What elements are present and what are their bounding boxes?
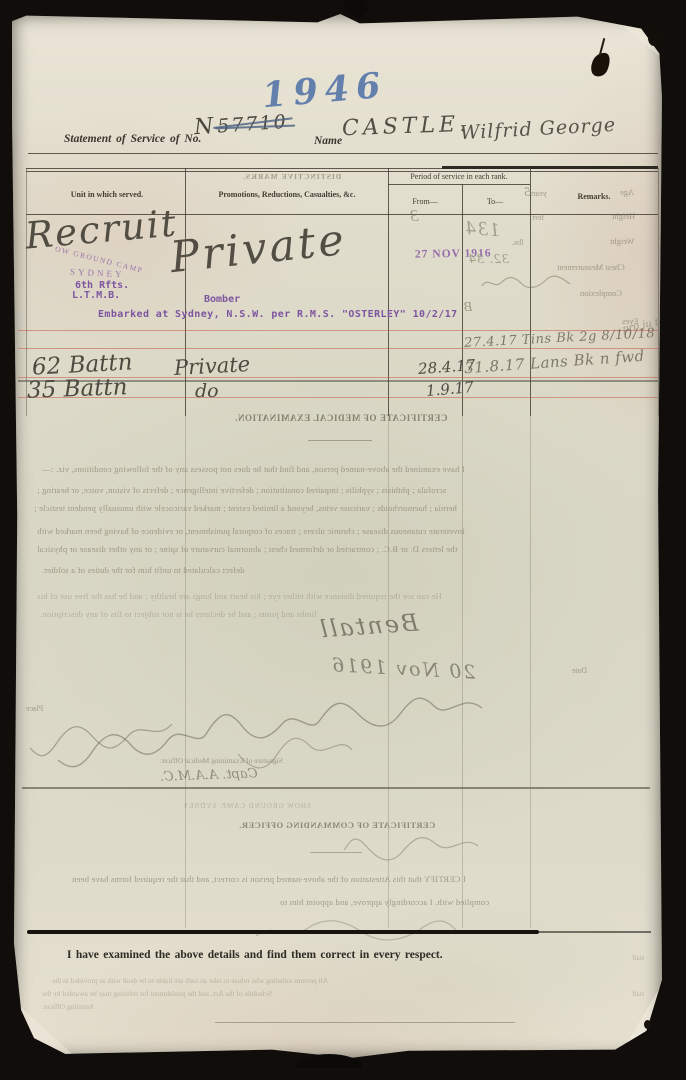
surname-handwritten: CASTLE. xyxy=(342,112,471,141)
showthrough-medical-line-8: limbs and joints ; and he declares he is… xyxy=(40,609,317,619)
column-header-to: To— xyxy=(464,197,526,206)
showthrough-chest-label: Chest Measurement xyxy=(557,262,625,272)
showthrough-num-chest: 32. 34 xyxy=(468,252,509,268)
entry-unit-typed-ltmb: L.T.M.B. xyxy=(72,290,120,301)
showthrough-emo-signature-tail xyxy=(26,714,176,759)
showthrough-footnote-3: Attesting Officer. xyxy=(42,1002,94,1011)
showthrough-num-3: 3 xyxy=(410,206,419,226)
table-border-right xyxy=(658,168,659,416)
service-number-struck: N 57710 xyxy=(193,109,288,140)
showthrough-medical-title: CERTIFICATE OF MEDICAL EXAMINATION. xyxy=(26,413,656,423)
showthrough-medical-line-5: the letters D. or B.C. ; contracted or d… xyxy=(37,544,457,554)
column-header-unit: Unit in which served. xyxy=(32,190,182,199)
table-col-line-3 xyxy=(530,168,531,416)
showthrough-signature-medical: Bentall xyxy=(317,609,419,644)
showthrough-co-title: CERTIFICATE OF COMMANDING OFFICER. xyxy=(22,820,652,830)
showthrough-medical-line-4: inveterate cutaneous disease ; chronic u… xyxy=(37,526,465,536)
showthrough-medical-line-1: I have examined the above-named person, … xyxy=(42,464,465,474)
margin-word-top: staff xyxy=(632,954,644,962)
ink-blot-right-edge xyxy=(648,28,661,46)
entry-promotion-bomber: Bomber xyxy=(204,294,240,305)
showthrough-weight-units: lbs. xyxy=(512,238,523,247)
entry-unit-recruit: Recruit xyxy=(23,201,179,257)
showthrough-co-scribble xyxy=(342,832,482,862)
showthrough-num-5: 5 xyxy=(524,184,531,200)
given-names-handwritten: Wilfrid George xyxy=(460,114,617,144)
showthrough-eyes-label: Eyes xyxy=(622,316,639,326)
showthrough-camp-footer: SHOW GROUND CAMP, SYDNEY xyxy=(182,802,311,810)
entry-rank-do: do xyxy=(195,380,219,402)
showthrough-complexion-label: Complexion xyxy=(580,288,622,298)
entry-unit-35-battn: 35 Battn xyxy=(27,374,128,403)
name-label: Name xyxy=(314,135,342,147)
showthrough-place-label: Place xyxy=(26,704,43,713)
period-box-rule xyxy=(388,184,530,185)
footer-heavy-rule-extension xyxy=(539,931,651,933)
table-col-line-3-faint xyxy=(530,416,531,928)
table-top-heavy-segment xyxy=(442,166,658,169)
embarked-note: Embarked at Sydney, N.S.W. per R.M.S. "O… xyxy=(98,309,458,320)
service-number-prefix: N xyxy=(193,114,214,140)
camp-stamp-line2: SYDNEY xyxy=(70,267,125,280)
column-header-remarks: Remarks. xyxy=(534,192,654,201)
entry-rank-private-2: Private xyxy=(173,352,250,380)
showthrough-co-line-2: complied with. I accordingly approve, an… xyxy=(280,897,489,907)
showthrough-age-label: Age xyxy=(620,187,634,197)
showthrough-date-label: Date xyxy=(572,666,587,675)
statement-label: Statement of Service of No. xyxy=(64,133,201,145)
examined-statement: I have examined the above details and fi… xyxy=(67,949,443,961)
section-divider-rule xyxy=(22,787,650,789)
showthrough-co-line-1: I CERTIFY that this Attestation of the a… xyxy=(72,874,466,884)
showthrough-height-label: Height xyxy=(612,211,635,221)
showthrough-age-units: years xyxy=(530,189,547,198)
column-header-from: From— xyxy=(392,197,458,206)
showthrough-date-value: 20 Nov 1916 xyxy=(330,654,476,684)
showthrough-footnote-1: All persons enlisting who refuse to take… xyxy=(52,976,328,985)
showthrough-medical-line-7: He can see the required distance with ei… xyxy=(37,591,442,601)
showthrough-footnote-2: Schedule of the Act, and the punishment … xyxy=(42,989,272,998)
showthrough-num-b: B xyxy=(464,300,473,316)
showthrough-emo-caption: Signature of Examining Medical Officer. xyxy=(160,756,283,765)
paper-sheet: 1946 Statement of Service of No. N 57710… xyxy=(12,14,662,1058)
showthrough-num-134: 134 xyxy=(463,217,501,242)
showthrough-weight-label: Weight xyxy=(610,236,634,246)
showthrough-complexion-scribble xyxy=(480,274,572,292)
showthrough-distinctive-marks: DISTINCTIVE MARKS. xyxy=(242,172,341,181)
column-header-period: Period of service in each rank. xyxy=(390,172,528,181)
footer-heavy-rule xyxy=(27,930,539,934)
red-rule-2 xyxy=(18,348,658,349)
table-top-rule-2 xyxy=(26,171,658,172)
entry-rank-private: Private xyxy=(168,215,349,283)
column-header-promotions: Promotions, Reductions, Casualties, &c. xyxy=(190,190,384,199)
ink-dot-bottom-right xyxy=(644,1020,651,1029)
showthrough-medical-rule xyxy=(308,440,372,441)
table-col-line-2 xyxy=(388,168,389,416)
header-rule xyxy=(28,153,658,154)
showthrough-height-units: feet xyxy=(532,213,544,222)
margin-word-bottom: staff xyxy=(632,990,644,998)
pencil-remark-2: 31.8.17 Lans Bk n fwd xyxy=(464,347,646,378)
showthrough-medical-line-6: defect calculated to unfit him for the d… xyxy=(42,565,244,575)
showthrough-medical-line-2: scrofula ; phthisis ; syphilis ; impaire… xyxy=(37,485,446,495)
bottom-signature-rule xyxy=(215,1022,515,1023)
showthrough-medical-line-3: hernia ; haemorrhoids ; varicose veins, … xyxy=(34,503,457,513)
